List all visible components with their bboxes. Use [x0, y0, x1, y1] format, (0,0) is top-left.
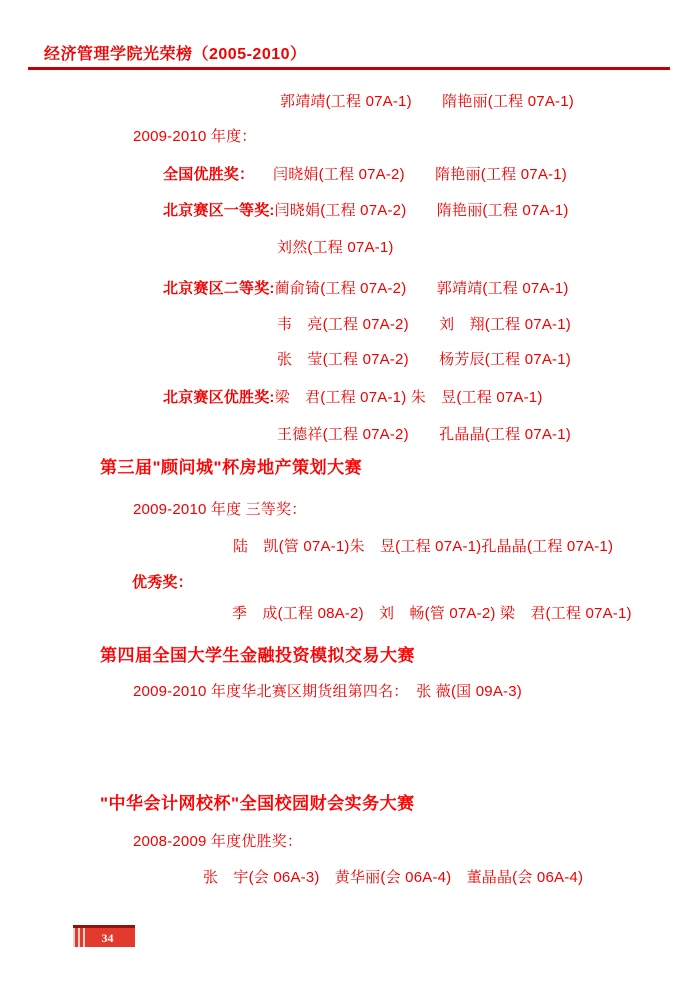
badge-stripes-icon [73, 928, 88, 947]
award-row: 北京赛区优胜奖:梁 君(工程 07A-1) 朱 昱(工程 07A-1) [163, 390, 543, 407]
award-names: 闫晓娟(工程 07A-2) 隋艳丽(工程 07A-1) [275, 202, 569, 219]
award-label: 全国优胜奖： [163, 167, 273, 184]
award-names-line: 韦 亮(工程 07A-2) 刘 翔(工程 07A-1) [277, 317, 571, 334]
section-heading: "中华会计网校杯"全国校园财会实务大赛 [100, 795, 415, 814]
award-names: 蔺俞锜(工程 07A-2) 郭靖靖(工程 07A-1) [275, 280, 569, 297]
award-label: 北京赛区一等奖: [163, 203, 275, 220]
award-label-line: 优秀奖： [132, 575, 193, 592]
year-line: 2009-2010 年度华北赛区期货组第四名： 张 薇(国 09A-3) [133, 684, 522, 701]
year-line: 2008-2009 年度优胜奖： [133, 834, 302, 851]
year-line: 2009-2010 年度 三等奖： [133, 502, 306, 519]
award-label: 北京赛区二等奖: [163, 281, 275, 298]
page-number-badge: 34 [73, 925, 135, 947]
section-heading: 第三届"顾问城"杯房地产策划大赛 [100, 459, 362, 478]
document-page: 经济管理学院光荣榜（2005-2010） 郭靖靖(工程 07A-1) 隋艳丽(工… [0, 0, 700, 996]
header-rule [28, 67, 670, 70]
page-number: 34 [88, 932, 135, 944]
award-names-line: 季 成(工程 08A-2) 刘 畅(管 07A-2) 梁 君(工程 07A-1) [232, 606, 632, 623]
award-names-line: 张 宇(会 06A-3) 黄华丽(会 06A-4) 董晶晶(会 06A-4) [203, 870, 583, 887]
section-heading: 第四届全国大学生金融投资模拟交易大赛 [100, 647, 415, 666]
award-names-line: 张 莹(工程 07A-2) 杨芳辰(工程 07A-1) [277, 352, 571, 369]
year-line: 2009-2010 年度： [133, 129, 257, 146]
award-row: 北京赛区一等奖:闫晓娟(工程 07A-2) 隋艳丽(工程 07A-1) [163, 203, 569, 220]
award-row: 北京赛区二等奖:蔺俞锜(工程 07A-2) 郭靖靖(工程 07A-1) [163, 281, 569, 298]
award-label: 北京赛区优胜奖: [163, 390, 275, 407]
award-row: 全国优胜奖：闫晓娟(工程 07A-2) 隋艳丽(工程 07A-1) [163, 167, 567, 184]
award-names-line: 刘然(工程 07A-1) [277, 240, 394, 257]
award-names-line: 陆 凯(管 07A-1)朱 昱(工程 07A-1)孔晶晶(工程 07A-1) [233, 539, 613, 556]
header-title: 经济管理学院光荣榜（2005-2010） [44, 47, 307, 63]
award-names: 梁 君(工程 07A-1) 朱 昱(工程 07A-1) [275, 389, 543, 406]
award-names-line: 王德祥(工程 07A-2) 孔晶晶(工程 07A-1) [277, 427, 571, 444]
award-names: 闫晓娟(工程 07A-2) 隋艳丽(工程 07A-1) [273, 166, 567, 183]
award-names-line: 郭靖靖(工程 07A-1) 隋艳丽(工程 07A-1) [280, 94, 574, 111]
